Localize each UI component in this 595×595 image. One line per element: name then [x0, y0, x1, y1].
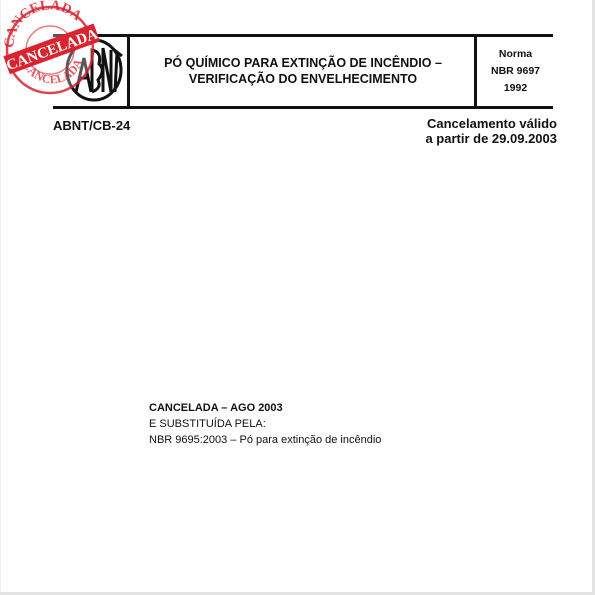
cancelada-stamp-icon: CANCELADA CANCELADA CANCELADA	[0, 0, 100, 100]
norma-block: Norma NBR 9697 1992	[478, 46, 553, 97]
header-divider-left	[127, 34, 130, 109]
notice-cancelled: CANCELADA – AGO 2003	[149, 400, 381, 416]
title-line-1: PÓ QUÍMICO PARA EXTINÇÃO DE INCÊNDIO –	[131, 55, 475, 71]
committee-code: ABNT/CB-24	[53, 118, 130, 133]
cancellation-validity: Cancelamento válido a partir de 29.09.20…	[425, 116, 557, 146]
title-line-2: VERIFICAÇÃO DO ENVELHECIMENTO	[131, 71, 475, 87]
cancellation-line-1: Cancelamento válido	[425, 116, 557, 131]
norma-year: 1992	[478, 80, 553, 97]
norma-number: NBR 9697	[478, 63, 553, 80]
norma-label: Norma	[478, 46, 553, 63]
cancellation-notice: CANCELADA – AGO 2003 E SUBSTITUÍDA PELA:…	[149, 400, 381, 448]
notice-replacement-standard: NBR 9695:2003 – Pó para extinção de incê…	[149, 432, 381, 448]
cancellation-line-2: a partir de 29.09.2003	[425, 131, 557, 146]
notice-replaced-by: E SUBSTITUÍDA PELA:	[149, 416, 381, 432]
document-title: PÓ QUÍMICO PARA EXTINÇÃO DE INCÊNDIO – V…	[131, 55, 475, 87]
